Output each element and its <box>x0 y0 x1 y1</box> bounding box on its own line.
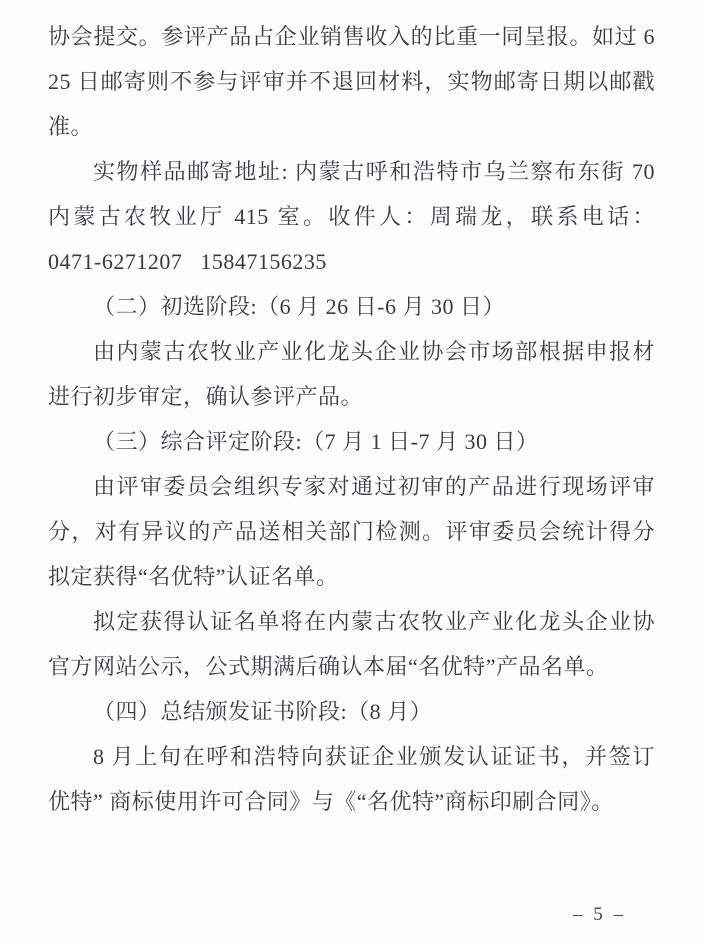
text-line-heading: （四）总结颁发证书阶段:（8 月） <box>48 689 655 734</box>
text-line-heading: （三）综合评定阶段:（7 月 1 日-7 月 30 日） <box>48 419 655 464</box>
text-line: 拟定获得“名优特”认证名单。 <box>48 554 655 599</box>
text-line: 分，对有异议的产品送相关部门检测。评审委员会统计得分情况， <box>48 509 655 554</box>
text-line-phone: 0471-6271207 15847156235 <box>48 239 655 284</box>
text-line: 实物样品邮寄地址: 内蒙古呼和浩特市乌兰察布东街 70 号 <box>48 149 655 194</box>
document-body: 协会提交。参评产品占企业销售收入的比重一同呈报。如过 6 月 25 日邮寄则不参… <box>48 14 655 824</box>
text-line: 优特” 商标使用许可合同》与《“名优特”商标印刷合同》。 <box>48 779 655 824</box>
page-number: – 5 – <box>573 901 626 929</box>
text-line: 8 月上旬在呼和浩特向获证企业颁发认证证书，并签订《“名 <box>48 734 655 779</box>
text-line: 25 日邮寄则不参与评审并不退回材料，实物邮寄日期以邮戳为 <box>48 59 655 104</box>
text-line: 进行初步审定，确认参评产品。 <box>48 374 655 419</box>
text-line: 准。 <box>48 104 655 149</box>
text-line-heading: （二）初选阶段:（6 月 26 日-6 月 30 日） <box>48 284 655 329</box>
text-line: 由评审委员会组织专家对通过初审的产品进行现场评审打 <box>48 464 655 509</box>
text-line: 拟定获得认证名单将在内蒙古农牧业产业化龙头企业协会 <box>48 599 655 644</box>
text-line: 官方网站公示，公式期满后确认本届“名优特”产品名单。 <box>48 644 655 689</box>
text-line: 内蒙古农牧业厅 415 室。收件人：周瑞龙，联系电话： <box>48 194 655 239</box>
text-line: 协会提交。参评产品占企业销售收入的比重一同呈报。如过 6 月 <box>48 14 655 59</box>
document-page: 协会提交。参评产品占企业销售收入的比重一同呈报。如过 6 月 25 日邮寄则不参… <box>0 0 702 943</box>
text-line: 由内蒙古农牧业产业化龙头企业协会市场部根据申报材料 <box>48 329 655 374</box>
